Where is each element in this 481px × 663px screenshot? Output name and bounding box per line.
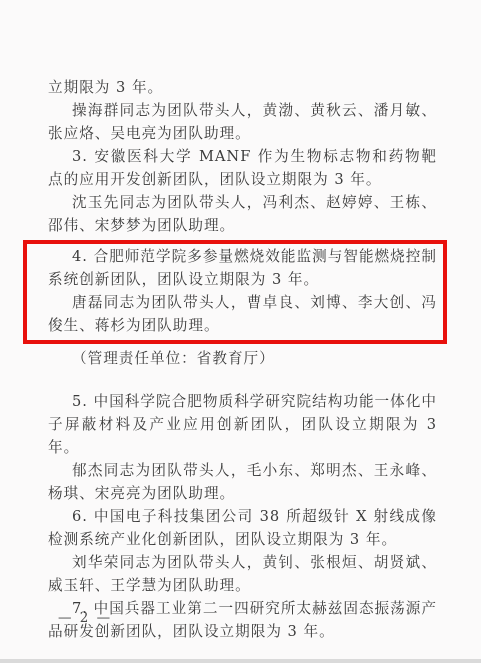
paragraph-team-5-members: 郁杰同志为团队带头人，毛小东、郑明杰、王永峰、杨琪、宋亮亮为团队助理。 [48,459,437,505]
paragraph-team-6-title: 6. 中国电子科技集团公司 38 所超级针 X 射线成像检测系统产业化创新团队，… [48,505,437,551]
page-number: — 2 — [58,610,112,626]
paragraph-team-4-title: 4. 合肥师范学院多参量燃烧效能监测与智能燃烧控制系统创新团队，团队设立期限为 … [48,245,437,291]
paragraph-responsible-unit: （管理责任单位：省教育厅） [48,347,437,370]
paragraph-team-3-title: 3. 安徽医科大学 MANF 作为生物标志物和药物靶点的应用开发创新团队，团队设… [48,145,437,191]
scan-edge-shadow [0,659,481,663]
paragraph-team-4-members: 唐磊同志为团队带头人，曹卓良、刘博、李大创、冯俊生、蒋杉为团队助理。 [48,291,437,337]
paragraph-team-6-members: 刘华荣同志为团队带头人，黄钊、张根烜、胡贤斌、威玉轩、王学慧为团队助理。 [48,551,437,597]
document-body: 立期限为 3 年。 操海群同志为团队带头人，黄渤、黄秋云、潘月敏、张应烙、吴电亮… [0,76,481,643]
paragraph-team-2-members: 操海群同志为团队带头人，黄渤、黄秋云、潘月敏、张应烙、吴电亮为团队助理。 [48,99,437,145]
paragraph-team-3-members: 沈玉先同志为团队带头人，冯利杰、赵婷婷、王栋、邵伟、宋梦梦为团队助理。 [48,191,437,237]
paragraph-carryover: 立期限为 3 年。 [48,76,437,99]
red-highlight-box: 4. 合肥师范学院多参量燃烧效能监测与智能燃烧控制系统创新团队，团队设立期限为 … [23,240,447,344]
document-page: 立期限为 3 年。 操海群同志为团队带头人，黄渤、黄秋云、潘月敏、张应烙、吴电亮… [0,0,481,663]
paragraph-team-5-title: 5. 中国科学院合肥物质科学研究院结构功能一体化中子屏蔽材料及产业应用创新团队，… [48,390,437,459]
